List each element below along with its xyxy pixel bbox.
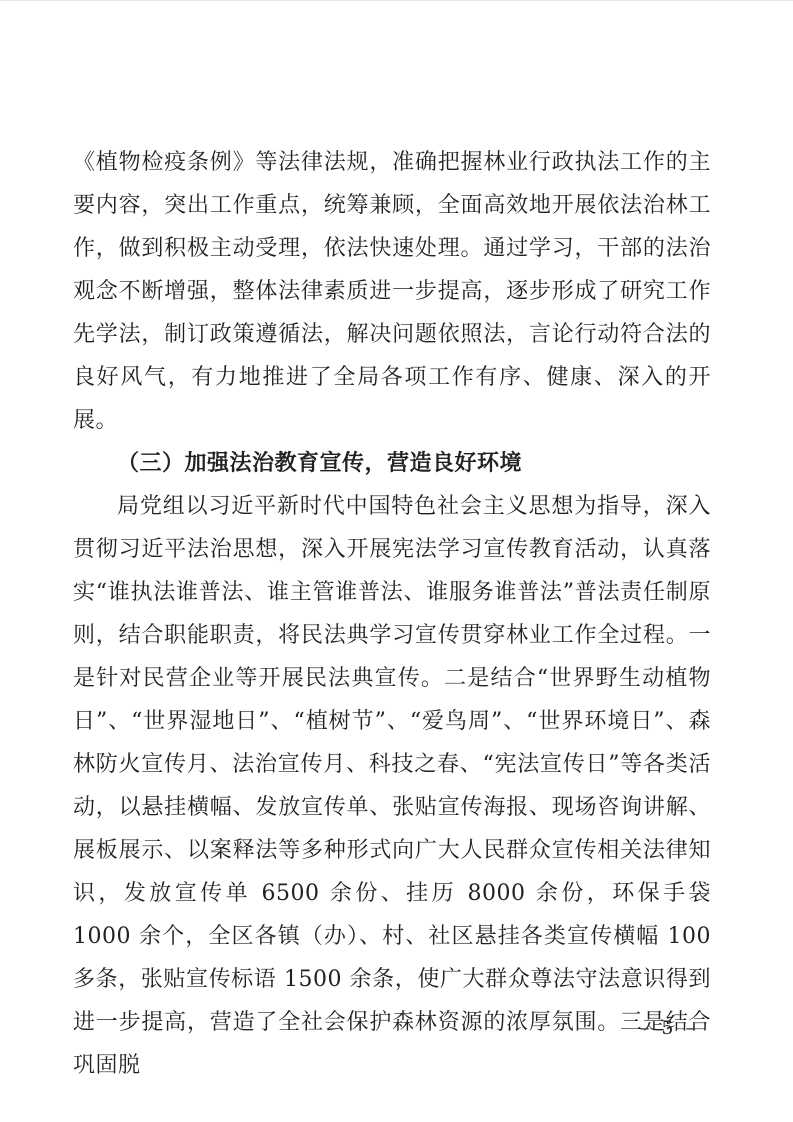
document-body: 《植物检疫条例》等法律法规，准确把握林业行政执法工作的主要内容，突出工作重点，统… <box>73 141 711 1087</box>
paragraph-body: 局党组以习近平新时代中国特色社会主义思想为指导，深入贯彻习近平法治思想，深入开展… <box>73 485 711 1087</box>
section-heading: （三）加强法治教育宣传，营造良好环境 <box>73 442 711 485</box>
document-page: 《植物检疫条例》等法律法规，准确把握林业行政执法工作的主要内容，突出工作重点，统… <box>0 0 793 1122</box>
page-number: – 5 – <box>640 1017 698 1039</box>
paragraph-continuation: 《植物检疫条例》等法律法规，准确把握林业行政执法工作的主要内容，突出工作重点，统… <box>73 141 711 442</box>
